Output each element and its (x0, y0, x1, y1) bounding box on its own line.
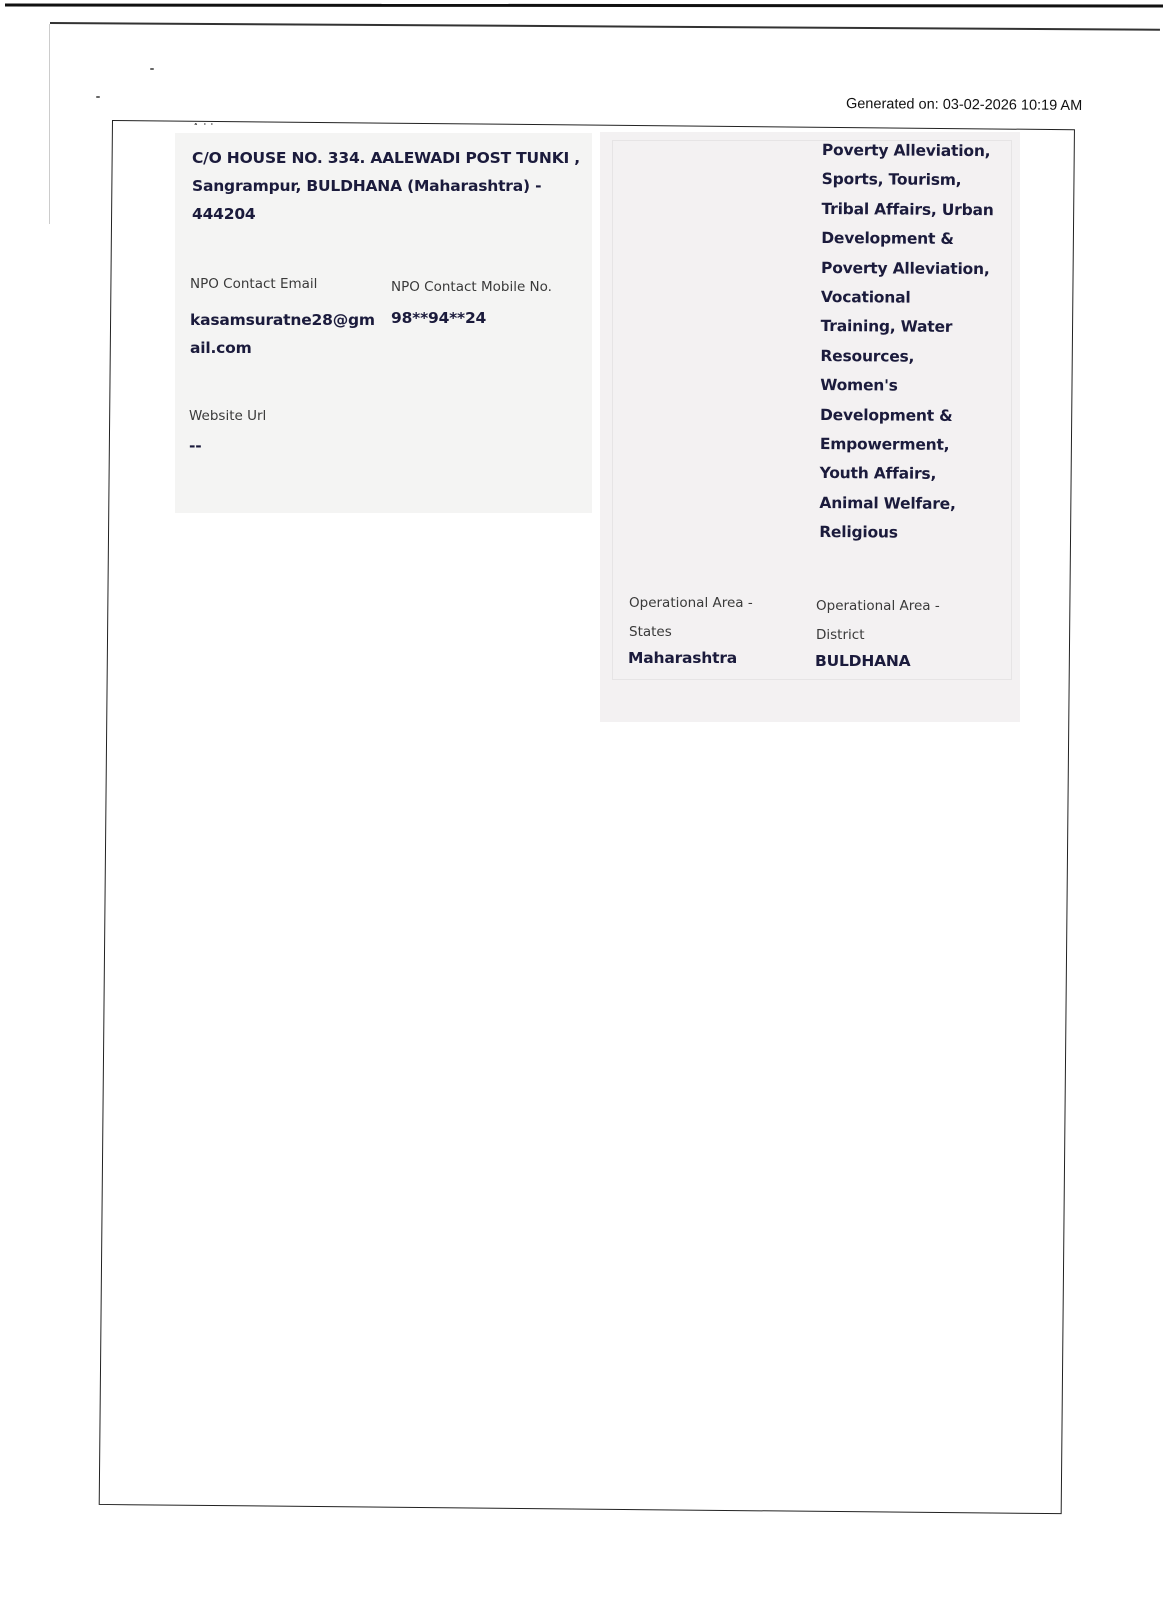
scan-sheet-edge (50, 22, 1160, 31)
address-value: C/O HOUSE NO. 334. AALEWADI POST TUNKI ,… (192, 144, 582, 228)
key-issue-line: Vocational (821, 283, 1016, 314)
key-issue-line: Development & (821, 224, 1016, 255)
key-issue-line: Empowerment, (820, 430, 1015, 461)
key-issue-line: Sports, Tourism, (822, 165, 1017, 196)
website-label: Website Url (189, 408, 266, 424)
key-issue-line: Poverty Alleviation, (821, 254, 1016, 285)
operational-district-label: Operational Area - District (816, 592, 976, 650)
address-label: Address (192, 117, 236, 125)
key-issue-line: Resources, (820, 342, 1015, 373)
mobile-label: NPO Contact Mobile No. (391, 279, 552, 295)
scan-top-edge (5, 3, 1163, 7)
key-issue-line: Religious (819, 518, 1014, 549)
key-issue-line: Tribal Affairs, Urban (821, 195, 1016, 226)
key-issue-line: Development & (820, 401, 1015, 432)
key-issue-line: Training, Water (821, 312, 1016, 343)
mobile-value: 98**94**24 (391, 309, 486, 327)
email-label: NPO Contact Email (190, 276, 317, 292)
scan-sheet-left-edge (49, 24, 50, 224)
generated-timestamp: Generated on: 03-02-2026 10:19 AM (846, 96, 1082, 114)
scan-speck (150, 68, 154, 70)
scan-speck (96, 96, 100, 98)
key-issue-line: Youth Affairs, (820, 459, 1015, 490)
website-value: -- (189, 437, 201, 455)
key-issues-list: Poverty Alleviation, Sports, Tourism, Tr… (819, 136, 1017, 549)
operational-district-value: BULDHANA (815, 652, 910, 670)
key-issue-line: Poverty Alleviation, (822, 136, 1017, 167)
email-value: kasamsuratne28@gmail.com (190, 306, 380, 362)
operational-states-value: Maharashtra (628, 649, 737, 667)
operational-states-label: Operational Area - States (629, 589, 789, 647)
key-issue-line: Animal Welfare, (819, 489, 1014, 520)
key-issue-line: Women's (820, 371, 1015, 402)
